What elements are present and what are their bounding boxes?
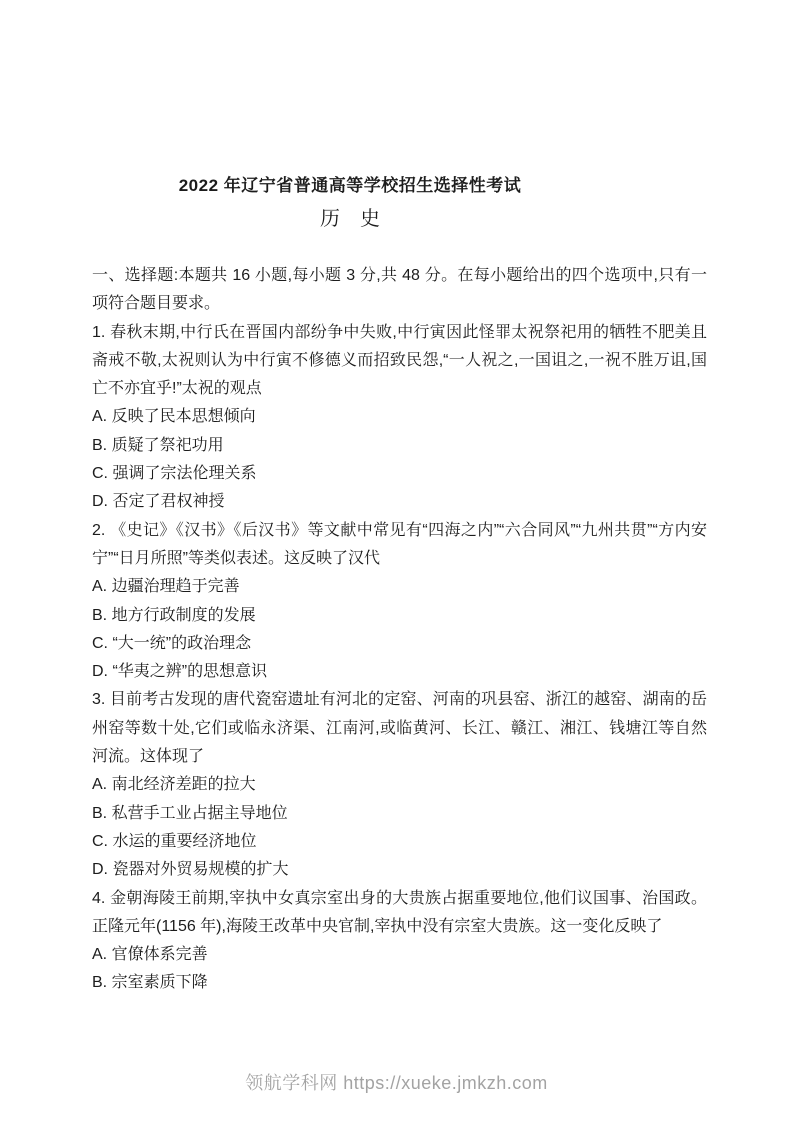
answer-option: C. 强调了宗法伦理关系 — [92, 460, 707, 488]
answer-option: A. 官僚体系完善 — [92, 941, 707, 969]
question-stem: 3. 目前考古发现的唐代瓷窑遗址有河北的定窑、河南的巩县窑、浙江的越窑、湖南的岳… — [92, 686, 707, 771]
page-title: 2022 年辽宁省普通高等学校招生选择性考试 — [90, 175, 610, 196]
question-list: 1. 春秋末期,中行氏在晋国内部纷争中失败,中行寅因此怪罪太祝祭祀用的牺牲不肥美… — [92, 319, 707, 998]
answer-option: B. 质疑了祭祀功用 — [92, 432, 707, 460]
answer-option: B. 地方行政制度的发展 — [92, 602, 707, 630]
answer-option: D. “华夷之辨”的思想意识 — [92, 658, 707, 686]
exam-page: 2022 年辽宁省普通高等学校招生选择性考试 历 史 一、选择题:本题共 16 … — [0, 0, 793, 1122]
answer-option: C. 水运的重要经济地位 — [92, 828, 707, 856]
exam-body: 一、选择题:本题共 16 小题,每小题 3 分,共 48 分。在每小题给出的四个… — [92, 262, 707, 998]
answer-option: A. 边疆治理趋于完善 — [92, 573, 707, 601]
answer-option: A. 反映了民本思想倾向 — [92, 403, 707, 431]
watermark: 领航学科网 https://xueke.jmkzh.com — [0, 1069, 793, 1095]
answer-option: C. “大一统”的政治理念 — [92, 630, 707, 658]
answer-option: D. 否定了君权神授 — [92, 488, 707, 516]
answer-option: B. 私营手工业占据主导地位 — [92, 800, 707, 828]
answer-option: A. 南北经济差距的拉大 — [92, 771, 707, 799]
answer-option: B. 宗室素质下降 — [92, 969, 707, 997]
question-stem: 1. 春秋末期,中行氏在晋国内部纷争中失败,中行寅因此怪罪太祝祭祀用的牺牲不肥美… — [92, 319, 707, 404]
section-intro: 一、选择题:本题共 16 小题,每小题 3 分,共 48 分。在每小题给出的四个… — [92, 262, 707, 319]
page-subtitle: 历 史 — [90, 206, 610, 232]
exam-header: 2022 年辽宁省普通高等学校招生选择性考试 历 史 — [90, 0, 610, 232]
question-stem: 2. 《史记》《汉书》《后汉书》等文献中常见有“四海之内”“六合同风”“九州共贯… — [92, 517, 707, 574]
answer-option: D. 瓷器对外贸易规模的扩大 — [92, 856, 707, 884]
question-stem: 4. 金朝海陵王前期,宰执中女真宗室出身的大贵族占据重要地位,他们议国事、治国政… — [92, 885, 707, 942]
